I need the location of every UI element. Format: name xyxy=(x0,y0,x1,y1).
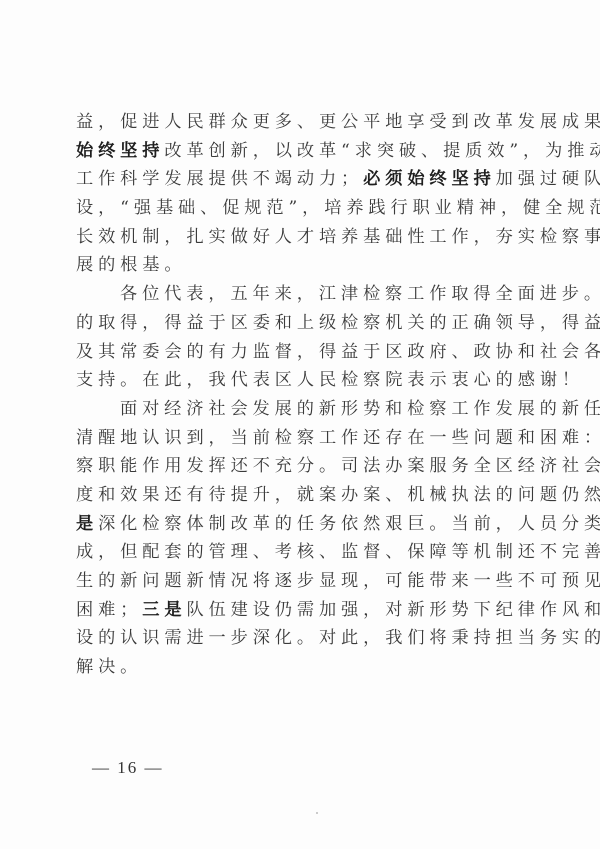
text-run: 展的根基。 xyxy=(76,255,186,275)
text-run: 清醒地认识到，当前检察工作还存在一些问题和困难： xyxy=(76,428,600,448)
text-line: 成，但配套的管理、考核、监督、保障等机制还不完善，改革衍 xyxy=(76,538,524,567)
text-line: 长效机制，扎实做好人才培养基础性工作，夯实检察事业长远发 xyxy=(76,223,524,252)
text-line: 设，“强基础、促规范”，培养践行职业精神，健全规范司法 xyxy=(76,194,524,223)
text-line: 工作科学发展提供不竭动力；必须始终坚持加强过硬队伍建 xyxy=(76,165,524,194)
text-line: 解决。 xyxy=(76,653,524,682)
text-run: 队伍建设仍需加强，对新形势下纪律作风和廉洁建 xyxy=(186,600,600,620)
text-line: 展的根基。 xyxy=(76,251,524,280)
text-line: 察职能作用发挥还不充分。司法办案服务全区经济社会发展的力 xyxy=(76,452,524,481)
text-run: 察职能作用发挥还不充分。司法办案服务全区经济社会发展的力 xyxy=(76,456,600,476)
text-line: 是深化检察体制改革的任务依然艰巨。当前，人员分类改革已完 xyxy=(76,510,524,539)
page-number: — 16 — xyxy=(92,758,164,778)
bold-emphasis: 始终坚持 xyxy=(76,141,164,161)
text-line: 生的新问题新情况将逐步显现，可能带来一些不可预见的挑战和 xyxy=(76,567,524,596)
text-line: 度和效果还有待提升，就案办案、机械执法的问题仍然存在；二 xyxy=(76,481,524,510)
text-line: 清醒地认识到，当前检察工作还存在一些问题和困难：一是检 xyxy=(76,424,524,453)
text-run: 设的认识需进一步深化。对此，我们将秉持担当务实的态度推动 xyxy=(76,628,600,648)
text-run: 支持。在此，我代表区人民检察院表示衷心的感谢！ xyxy=(76,370,584,390)
text-run: 困难； xyxy=(76,600,142,620)
bold-emphasis: 三是 xyxy=(142,600,186,620)
body-text: 益，促进人民群众更多、更公平地享受到改革发展成果；必须始终坚持改革创新，以改革“… xyxy=(76,108,524,682)
text-run: 成，但配套的管理、考核、监督、保障等机制还不完善，改革衍 xyxy=(76,542,600,562)
text-line: 设的认识需进一步深化。对此，我们将秉持担当务实的态度推动 xyxy=(76,624,524,653)
text-run: 面对经济社会发展的新形势和检察工作发展的新任务，我们 xyxy=(120,399,600,419)
text-line: 的取得，得益于区委和上级检察机关的正确领导，得益于区人大 xyxy=(76,309,524,338)
text-run: 度和效果还有待提升，就案办案、机械执法的问题仍然存在； xyxy=(76,485,600,505)
text-run: 改革创新，以改革“求突破、提质效”，为推动检察 xyxy=(164,141,600,161)
text-line: 及其常委会的有力监督，得益于区政府、政协和社会各界的大力 xyxy=(76,338,524,367)
text-run: 加强过硬队伍建 xyxy=(496,169,600,189)
bold-emphasis: 必须始终坚持 xyxy=(363,169,496,189)
text-run: 及其常委会的有力监督，得益于区政府、政协和社会各界的大力 xyxy=(76,342,600,362)
text-run: 益，促进人民群众更多、更公平地享受到改革发展成果； xyxy=(76,112,600,132)
text-run: 各位代表，五年来，江津检察工作取得全面进步。这些成绩 xyxy=(120,284,600,304)
text-line: 始终坚持改革创新，以改革“求突破、提质效”，为推动检察 xyxy=(76,137,524,166)
scan-speck xyxy=(316,812,318,814)
text-run: 设，“强基础、促规范”，培养践行职业精神，健全规范司法 xyxy=(76,198,600,218)
text-line: 面对经济社会发展的新形势和检察工作发展的新任务，我们 xyxy=(76,395,524,424)
bold-emphasis: 是 xyxy=(76,514,98,534)
text-run: 深化检察体制改革的任务依然艰巨。当前，人员分类改革已完 xyxy=(98,514,600,534)
text-run: 工作科学发展提供不竭动力； xyxy=(76,169,363,189)
text-run: 生的新问题新情况将逐步显现，可能带来一些不可预见的挑战和 xyxy=(76,571,600,591)
text-line: 益，促进人民群众更多、更公平地享受到改革发展成果；必须 xyxy=(76,108,524,137)
text-line: 支持。在此，我代表区人民检察院表示衷心的感谢！ xyxy=(76,366,524,395)
text-run: 解决。 xyxy=(76,657,142,677)
document-page: 益，促进人民群众更多、更公平地享受到改革发展成果；必须始终坚持改革创新，以改革“… xyxy=(0,0,600,849)
text-line: 各位代表，五年来，江津检察工作取得全面进步。这些成绩 xyxy=(76,280,524,309)
text-run: 长效机制，扎实做好人才培养基础性工作，夯实检察事业长远发 xyxy=(76,227,600,247)
text-line: 困难；三是队伍建设仍需加强，对新形势下纪律作风和廉洁建 xyxy=(76,596,524,625)
text-run: 的取得，得益于区委和上级检察机关的正确领导，得益于区人大 xyxy=(76,313,600,333)
